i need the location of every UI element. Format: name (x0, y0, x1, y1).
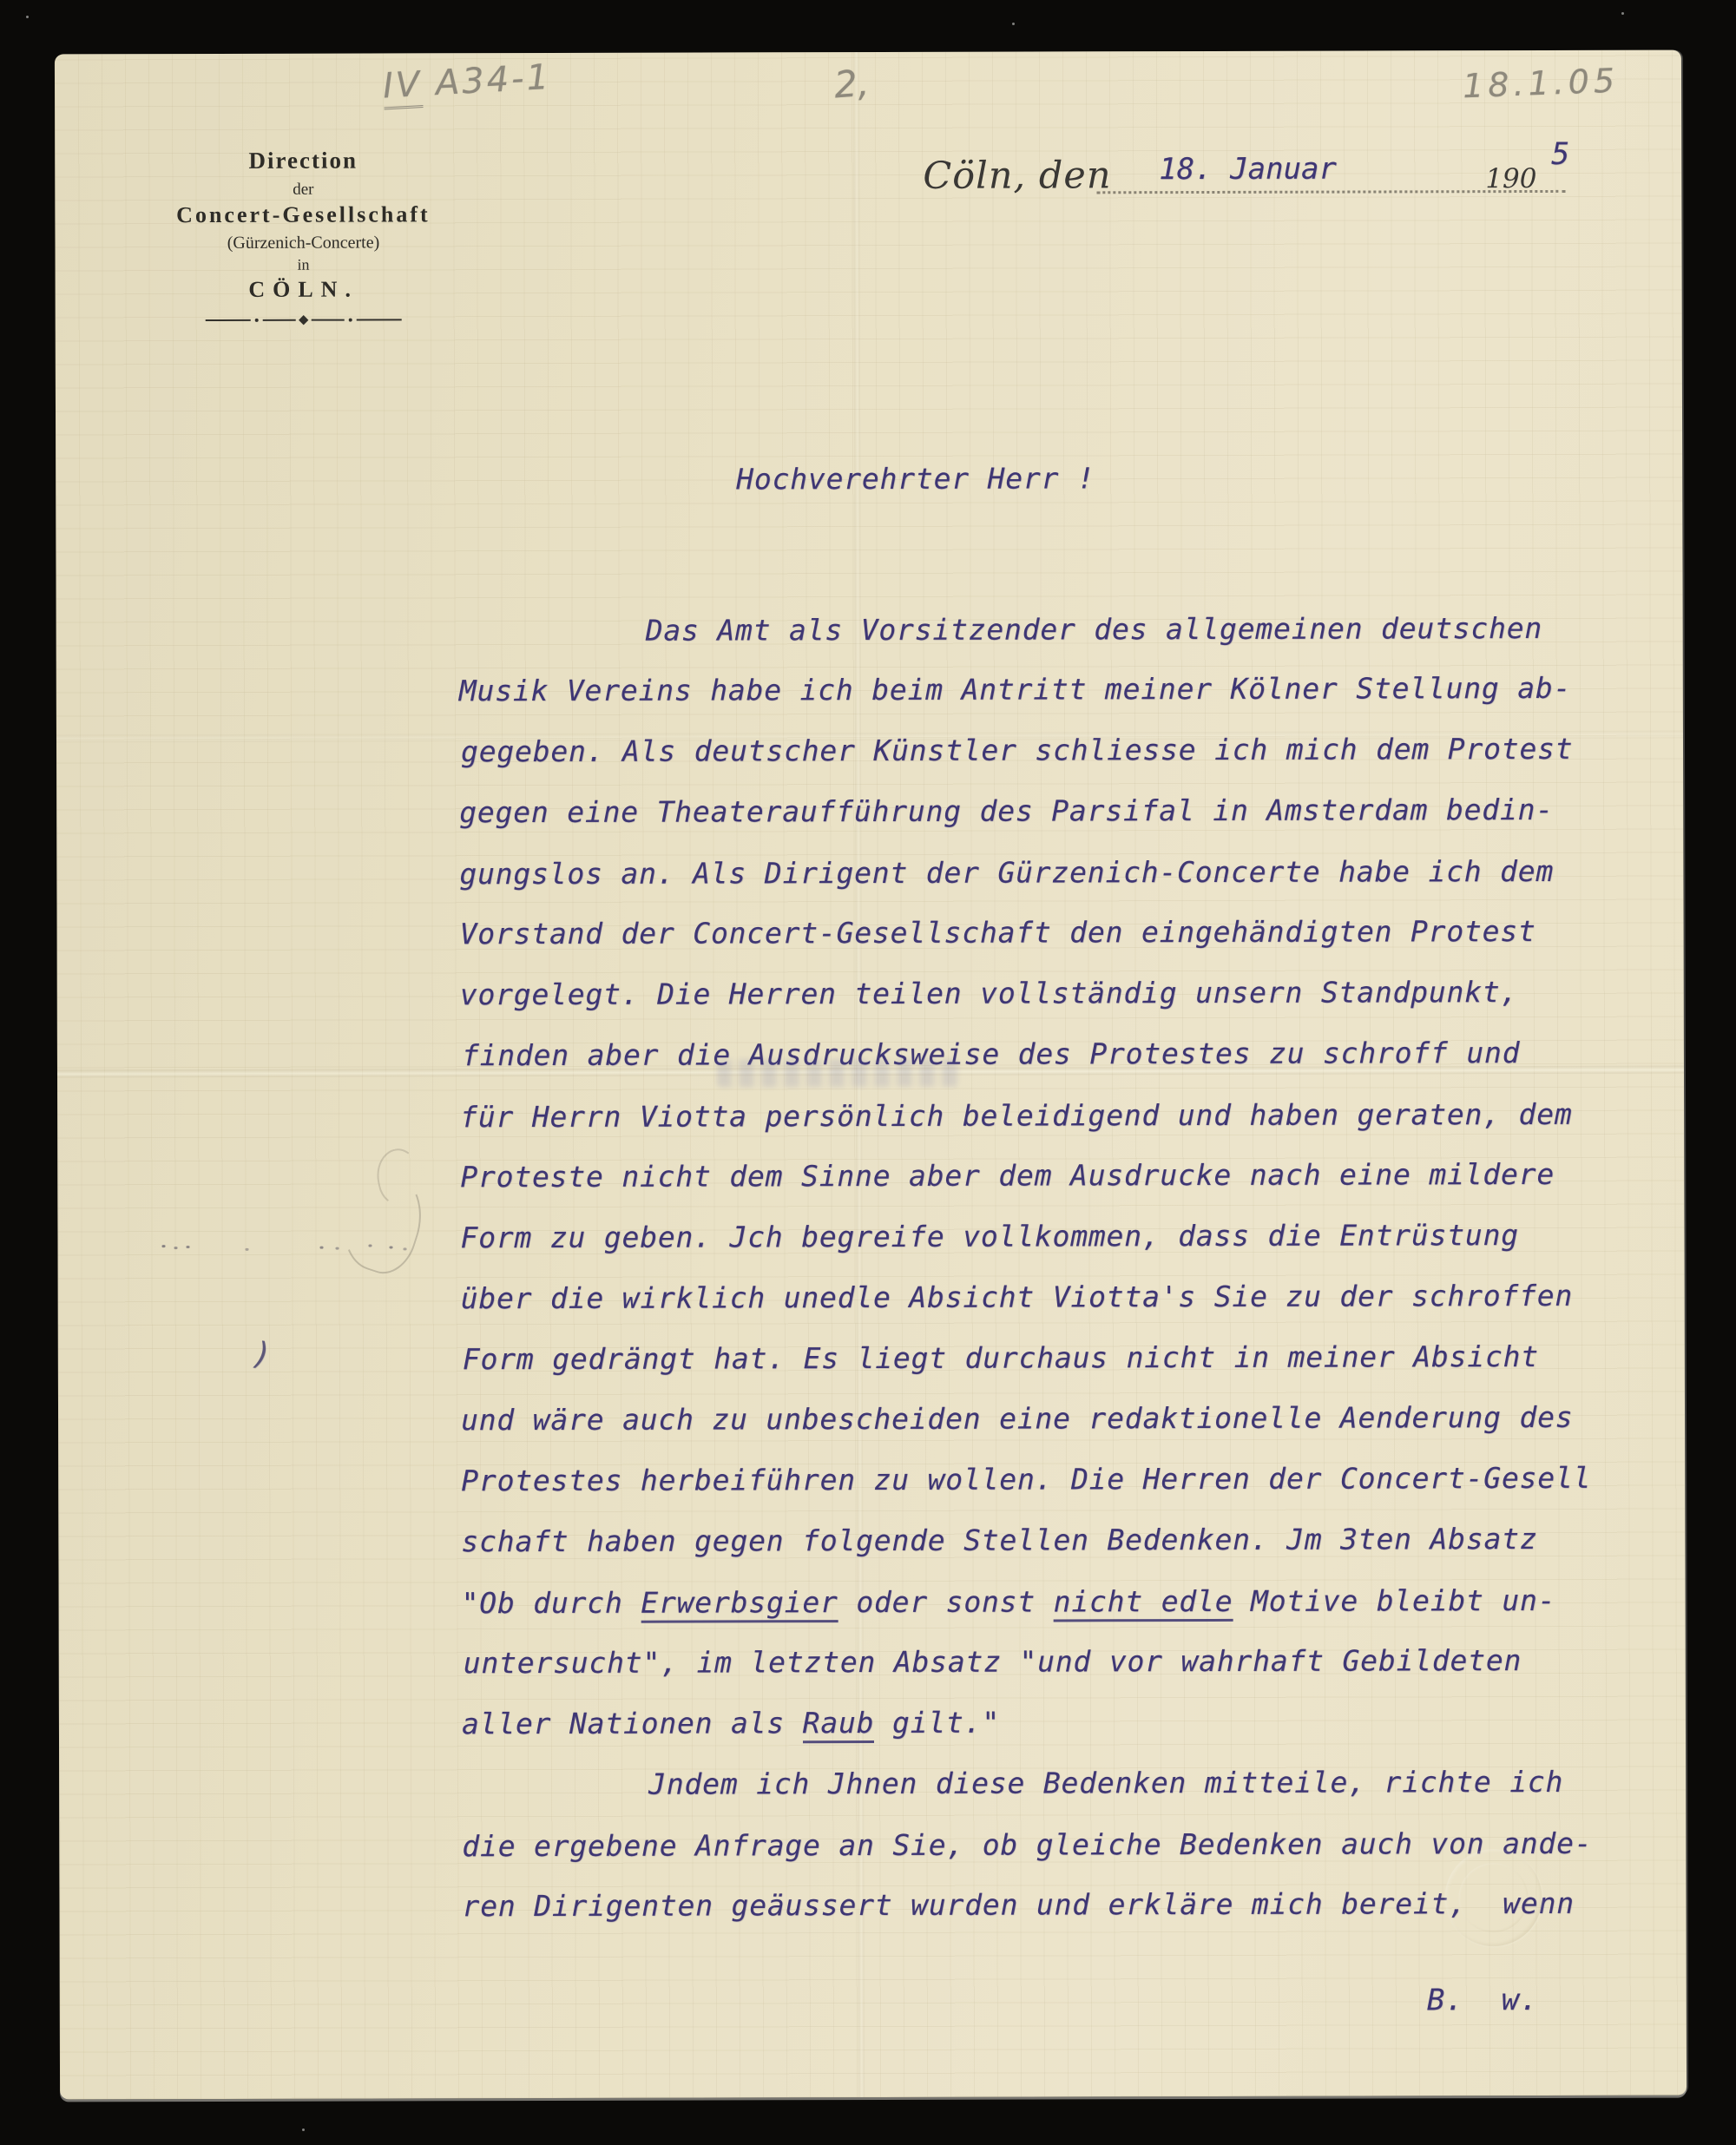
page-number-pencil: 2, (832, 62, 871, 107)
dateline-date-typed: 18. Januar (1159, 152, 1337, 188)
text-segment: oder sonst (838, 1584, 1054, 1619)
letter-body: Das Amt als Vorsitzender des allgemeinen… (459, 610, 1643, 1951)
letterhead-in: in (168, 255, 439, 274)
archive-number: A34-1 (421, 57, 552, 104)
letterhead-city: CÖLN. (168, 276, 439, 303)
stray-ink-mark: ) (250, 1336, 273, 1374)
letterhead-direction: Direction (168, 147, 438, 174)
text-segment: Form gedrängt hat. Es liegt durchaus nic… (463, 1339, 1539, 1376)
text-segment: "Ob durch (462, 1586, 641, 1621)
text-segment: für Herrn Viotta persönlich beleidigend … (460, 1097, 1573, 1134)
ink-smudge-dots (162, 1245, 166, 1247)
archive-mark-pencil: IV A34-1 (382, 57, 552, 107)
text-segment: die ergebene Anfrage an Sie, ob gleiche … (462, 1826, 1592, 1863)
letterhead-concerts: (Gürzenich-Concerte) (168, 233, 438, 253)
body-line: gungslos an. Als Dirigent der Gürzenich-… (459, 854, 1640, 918)
letter-page: Direction der Concert-Gesellschaft (Gürz… (55, 50, 1687, 2100)
text-segment: Vorstand der Concert-Gesellschaft den ei… (460, 914, 1536, 951)
text-segment: gilt." (874, 1706, 1000, 1740)
body-line: für Herrn Viotta persönlich beleidigend … (460, 1097, 1641, 1161)
body-line: gegen eine Theateraufführung des Parsifa… (459, 793, 1640, 857)
body-line: untersucht", im letzten Absatz "und vor … (464, 1643, 1644, 1707)
underlined-phrase: Erwerbsgier (641, 1585, 838, 1623)
text-segment: Form zu geben. Jch begreife vollkommen, … (460, 1218, 1519, 1254)
dateline: Cöln, den 18. Januar 190 5 (923, 137, 1582, 200)
letterhead-der: der (168, 180, 438, 200)
letterhead-divider (206, 316, 402, 324)
text-segment: gegen eine Theateraufführung des Parsifa… (459, 793, 1554, 829)
text-segment: Das Amt als Vorsitzender des allgemeinen… (646, 611, 1542, 648)
body-line: "Ob durch Erwerbsgier oder sonst nicht e… (462, 1583, 1642, 1648)
text-segment: ren Dirigenten geäussert wurden und erkl… (462, 1886, 1575, 1923)
dust-speck (302, 2129, 305, 2131)
dateline-year-typed: 5 (1551, 137, 1569, 172)
body-line: Musik Vereins habe ich beim Antritt mein… (459, 671, 1640, 735)
underlined-phrase: nicht edle (1054, 1584, 1233, 1622)
text-segment: Musik Vereins habe ich beim Antritt mein… (459, 671, 1572, 707)
letterhead: Direction der Concert-Gesellschaft (Gürz… (168, 147, 439, 326)
underlined-phrase: Raub (803, 1706, 875, 1743)
text-segment: gegeben. Als deutscher Künstler schliess… (461, 732, 1574, 768)
dust-speck (26, 16, 29, 18)
body-line: und wäre auch zu unbescheiden eine redak… (461, 1400, 1641, 1464)
dateline-place-printed: Cöln, den (923, 154, 1111, 198)
text-segment: über die wirklich unedle Absicht Viotta'… (461, 1279, 1574, 1315)
text-segment: gungslos an. Als Dirigent der Gürzenich-… (459, 854, 1554, 891)
dust-speck (1621, 12, 1624, 15)
text-segment: aller Nationen als (462, 1706, 803, 1740)
body-line: die ergebene Anfrage an Sie, ob gleiche … (462, 1826, 1642, 1891)
body-line: Form zu geben. Jch begreife vollkommen, … (460, 1218, 1641, 1282)
body-line: Form gedrängt hat. Es liegt durchaus nic… (463, 1339, 1643, 1404)
body-line: vorgelegt. Die Herren teilen vollständig… (460, 975, 1641, 1039)
text-segment: schaft haben gegen folgende Stellen Bede… (461, 1522, 1537, 1558)
body-line: finden aber die Ausdrucksweise des Prote… (462, 1036, 1642, 1100)
body-line: Protestes herbeiführen zu wollen. Die He… (461, 1461, 1641, 1525)
text-segment: finden aber die Ausdrucksweise des Prote… (462, 1036, 1521, 1072)
body-line: schaft haben gegen folgende Stellen Bede… (461, 1522, 1641, 1586)
body-line: über die wirklich unedle Absicht Viotta'… (461, 1279, 1641, 1343)
body-line: Jndem ich Jhnen diese Bedenken mitteile,… (462, 1765, 1642, 1829)
body-line: Proteste nicht dem Sinne aber dem Ausdru… (460, 1157, 1641, 1221)
turn-over-note: B. w. (1427, 1983, 1539, 2017)
text-segment: Motive bleibt un- (1233, 1583, 1555, 1618)
text-segment: untersucht", im letzten Absatz "und vor … (464, 1643, 1522, 1680)
salutation: Hochverehrter Herr ! (736, 461, 1095, 496)
letterhead-society: Concert-Gesellschaft (168, 201, 438, 228)
body-line: Vorstand der Concert-Gesellschaft den ei… (460, 914, 1641, 978)
date-note-pencil: 18.1.05 (1462, 62, 1620, 106)
body-line: Das Amt als Vorsitzender des allgemeinen… (459, 611, 1640, 675)
archive-roman-numeral: IV (382, 64, 424, 109)
body-line: aller Nationen als Raub gilt." (462, 1704, 1642, 1768)
text-segment: vorgelegt. Die Herren teilen vollständig… (460, 975, 1519, 1011)
text-segment: Protestes herbeiführen zu wollen. Die He… (461, 1461, 1591, 1497)
dust-speck (1012, 23, 1015, 25)
text-segment: Jndem ich Jhnen diese Bedenken mitteile,… (648, 1765, 1563, 1801)
scan-background: Direction der Concert-Gesellschaft (Gürz… (0, 0, 1736, 2145)
dateline-year-printed: 190 (1485, 163, 1536, 194)
body-line: ren Dirigenten geäussert wurden und erkl… (462, 1886, 1642, 1951)
text-segment: und wäre auch zu unbescheiden eine redak… (461, 1400, 1574, 1437)
body-line: gegeben. Als deutscher Künstler schliess… (461, 732, 1641, 796)
text-segment: Proteste nicht dem Sinne aber dem Ausdru… (460, 1157, 1555, 1194)
